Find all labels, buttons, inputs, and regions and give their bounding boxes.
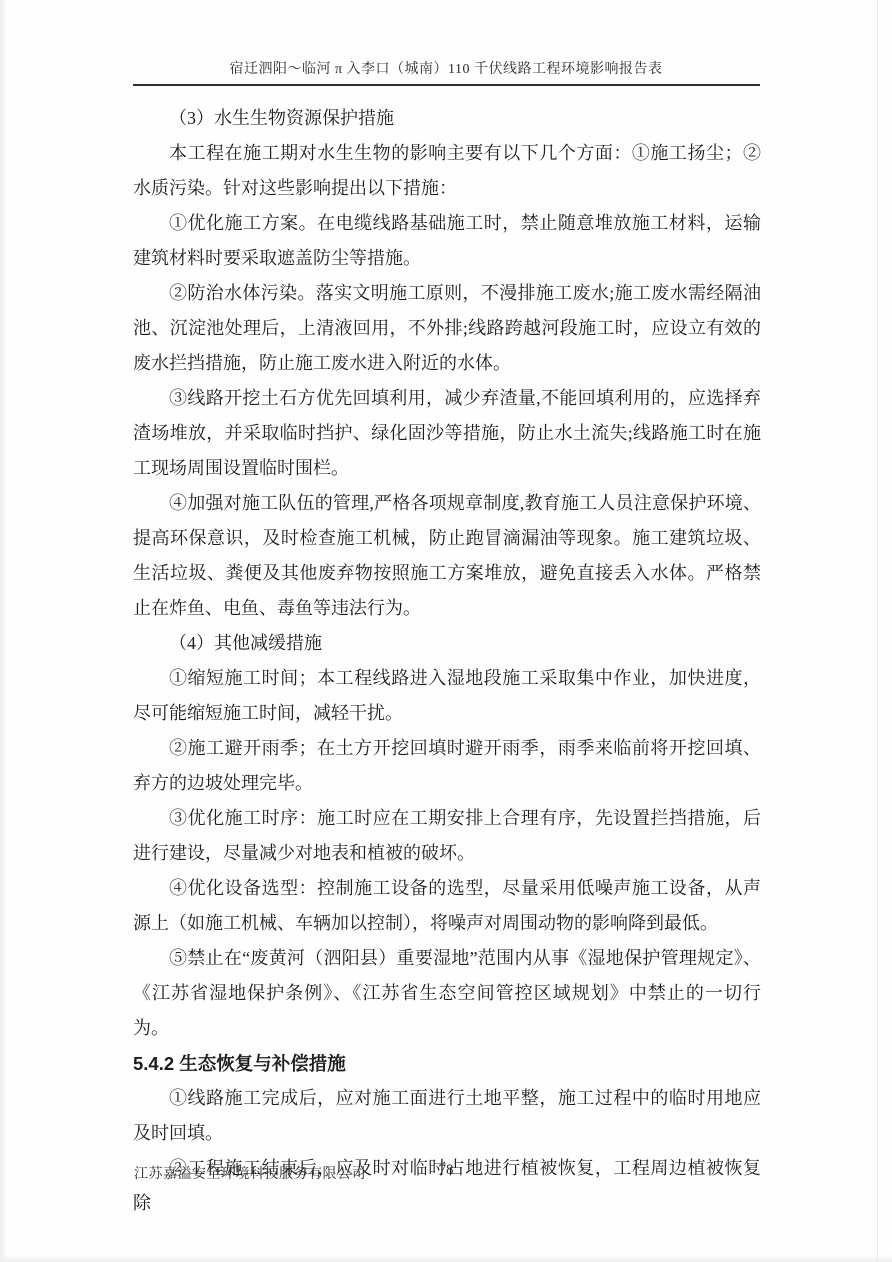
paragraph-mitigation-5-wetland-prohibition: ⑤禁止在“废黄河（泗阳县）重要湿地”范围内从事《湿地保护管理规定》、《江苏省湿地… xyxy=(133,941,761,1046)
scan-edge-bottom xyxy=(0,1254,892,1262)
scan-edge-left xyxy=(0,0,7,1262)
footer-page-number: 78 xyxy=(0,1162,892,1179)
paragraph-mitigation-3-schedule: ③优化施工时序：施工时应在工期安排上合理有序，先设置拦挡措施，后进行建设，尽量减… xyxy=(133,801,761,871)
paragraph-mitigation-2-avoid-rainy-season: ②施工避开雨季；在土方开挖回填时避开雨季，雨季来临前将开挖回填、弃方的边坡处理完… xyxy=(133,731,761,801)
document-body: （3）水生生物资源保护措施 本工程在施工期对水生生物的影响主要有以下几个方面：①… xyxy=(133,101,761,1221)
paragraph-measure-4-crew-management: ④加强对施工队伍的管理,严格各项规章制度,教育施工人员注意保护环境、提高环保意识… xyxy=(133,486,761,626)
paragraph-mitigation-4-equipment: ④优化设备选型：控制施工设备的选型，尽量采用低噪声施工设备，从声源上（如施工机械… xyxy=(133,871,761,941)
paragraph-impact-overview: 本工程在施工期对水生生物的影响主要有以下几个方面：①施工扬尘；②水质污染。针对这… xyxy=(133,136,761,206)
paragraph-measure-2-water-pollution: ②防治水体污染。落实文明施工原则，不漫排施工废水;施工废水需经隔油池、沉淀池处理… xyxy=(133,276,761,381)
paragraph-other-mitigation-title: （4）其他减缓措施 xyxy=(133,626,761,661)
paragraph-restoration-1-land-leveling: ①线路施工完成后，应对施工面进行土地平整，施工过程中的临时用地应及时回填。 xyxy=(133,1081,761,1151)
paragraph-measure-3-excavation: ③线路开挖土石方优先回填利用，减少弃渣量,不能回填利用的，应选择弃渣场堆放，并采… xyxy=(133,381,761,486)
paragraph-measure-1-construction-plan: ①优化施工方案。在电缆线路基础施工时，禁止随意堆放施工材料，运输建筑材料时要采取… xyxy=(133,206,761,276)
paragraph-mitigation-1-shorten-time: ①缩短施工时间；本工程线路进入湿地段施工采取集中作业，加快进度，尽可能缩短施工时… xyxy=(133,661,761,731)
scan-edge-right xyxy=(877,0,878,1262)
header-rule xyxy=(133,84,760,86)
page-header-title: 宿迁泗阳～临河 π 入李口（城南）110 千伏线路工程环境影响报告表 xyxy=(0,58,892,78)
paragraph-aquatic-protection-title: （3）水生生物资源保护措施 xyxy=(133,101,761,136)
section-heading-5-4-2: 5.4.2 生态恢复与补偿措施 xyxy=(133,1046,761,1081)
document-page: 宿迁泗阳～临河 π 入李口（城南）110 千伏线路工程环境影响报告表 （3）水生… xyxy=(0,0,892,1262)
